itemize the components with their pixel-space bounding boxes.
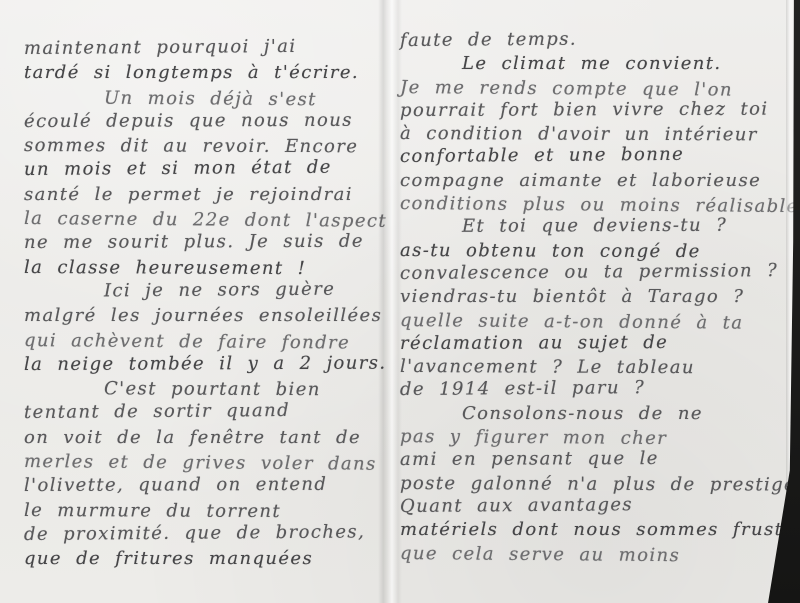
handwritten-line: faute de temps.	[400, 26, 792, 52]
handwritten-line: pourrait fort bien vivre chez toi	[400, 97, 792, 122]
handwritten-line: tardé si longtemps à t'écrire.	[24, 61, 380, 85]
handwritten-line: Ici je ne sors guère	[24, 277, 380, 304]
handwritten-line: santé le permet je rejoindrai	[24, 183, 380, 207]
handwritten-line: de proximité. que de broches,	[24, 520, 380, 547]
handwritten-line: Consolons-nous de ne	[400, 402, 792, 425]
letter-left-page: maintenant pourquoi j'aitardé si longtem…	[24, 37, 380, 572]
handwritten-line: viendras-tu bientôt à Tarago ?	[400, 285, 792, 308]
handwritten-line: que cela serve au moins	[400, 542, 792, 568]
handwritten-line: que de fritures manquées	[24, 547, 380, 571]
handwritten-line: convalescence ou ta permission ?	[400, 259, 792, 285]
handwritten-line: Quant aux avantages	[400, 492, 792, 518]
handwritten-line: ne me sourit plus. Je suis de	[24, 230, 380, 256]
handwritten-line: matériels dont nous sommes frustrés	[400, 518, 792, 541]
handwritten-line: maintenant pourquoi j'ai	[24, 34, 380, 61]
handwritten-line: écoulé depuis que nous nous	[24, 109, 380, 135]
handwritten-line: malgré les journées ensoleillées	[24, 304, 380, 328]
handwritten-line: confortable et une bonne	[400, 142, 792, 168]
scanned-letter: maintenant pourquoi j'aitardé si longtem…	[0, 0, 800, 603]
handwritten-line: ami en pensant que le	[400, 447, 792, 472]
handwritten-line: de 1914 est-il paru ?	[400, 375, 792, 401]
letter-right-page: faute de temps.Le climat me convient.Je …	[400, 29, 792, 565]
handwritten-line: Le climat me convient.	[400, 52, 792, 75]
page-fold-gutter	[378, 0, 402, 603]
handwritten-line: un mois et si mon état de	[24, 156, 380, 183]
handwritten-line: Et toi que deviens-tu ?	[400, 214, 792, 239]
handwritten-line: on voit de la fenêtre tant de	[24, 426, 380, 450]
handwritten-line: tentant de sortir quand	[24, 399, 380, 426]
handwritten-line: l'olivette, quand on entend	[24, 473, 380, 499]
handwritten-line: la neige tombée il y a 2 jours.	[24, 351, 380, 377]
handwritten-line: compagne aimante et laborieuse	[400, 169, 792, 192]
handwritten-line: réclamation au sujet de	[400, 330, 792, 355]
